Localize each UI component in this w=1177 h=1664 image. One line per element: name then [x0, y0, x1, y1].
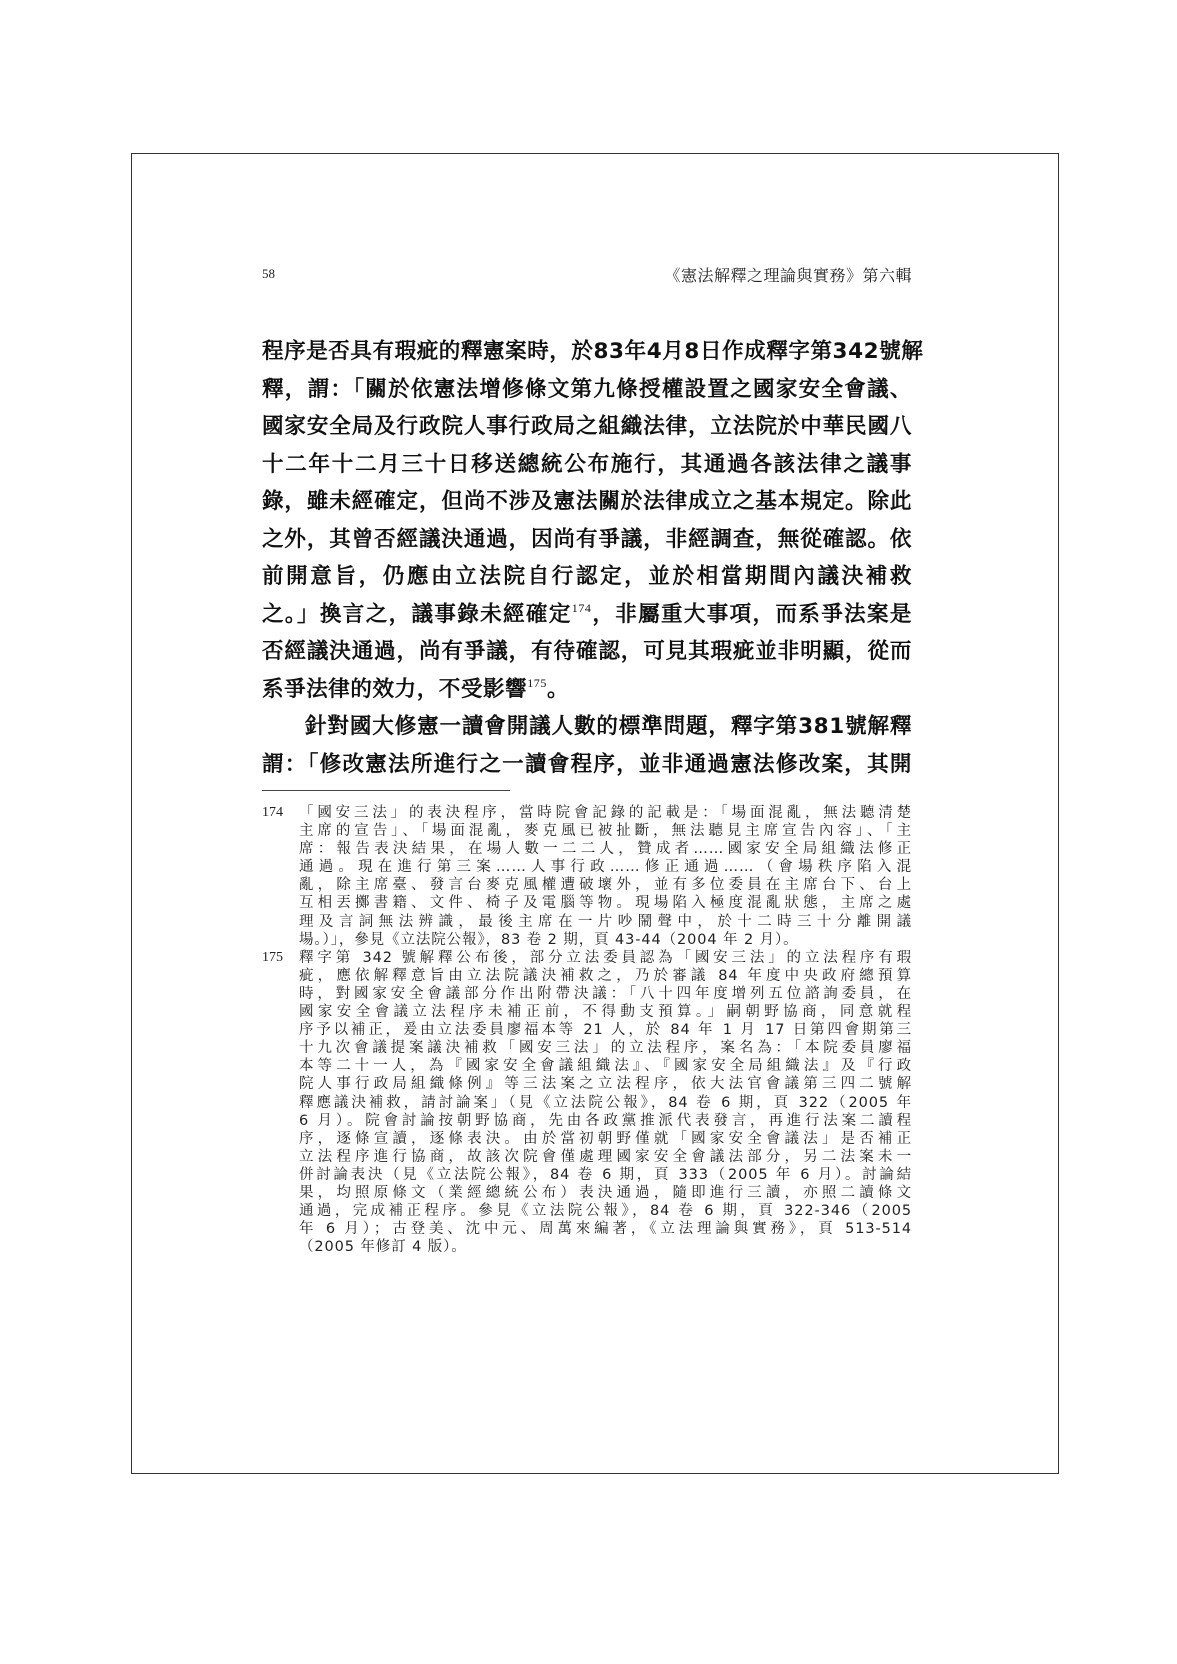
footnote-ref-175[interactable]: 175 [527, 676, 547, 690]
footnote-separator [262, 790, 510, 791]
footnote-line: 互相丟擲書籍、文件、椅子及電腦等物。現場陷入極度混亂狀態，主席之處 [299, 894, 912, 912]
footnote-line: 疵，應依解釋意旨由立法院議決補救之，乃於審議 84 年度中央政府總預算 [299, 967, 912, 985]
footnote-line: 立法程序進行協商，故該次院會僅處理國家安全會議法部分，另二法案未一 [299, 1148, 912, 1166]
footnote-number: 174 [262, 804, 283, 822]
footnote-line: 序，逐條宣讀，逐條表決。由於當初朝野僅就「國家安全會議法」是否補正 [299, 1130, 912, 1148]
body-line: 謂：「修改憲法所進行之一讀會程序，並非通過憲法修改案，其開 [262, 746, 912, 784]
footnote-line: 果，均照原條文（業經總統公布）表決通過，隨即進行三讀，亦照二讀條文 [299, 1184, 912, 1202]
body-line: 國家安全局及行政院人事行政局之組織法律，立法院於中華民國八 [262, 408, 912, 446]
footnote-line: 通過，完成補正程序。參見《立法院公報》，84 卷 6 期，頁 322-346（2… [299, 1202, 912, 1220]
footnote-line: 國家安全會議立法程序未補正前，不得動支預算。」嗣朝野協商，同意就程 [299, 1003, 912, 1021]
body-text: 程序是否具有瑕疵的釋憲案時，於83年4月8日作成釋字第342號解 釋，謂：「關於… [262, 333, 912, 783]
body-text-segment: 。 [547, 677, 569, 702]
footnote-line: 「國安三法」的表決程序，當時院會記錄的記載是：「場面混亂，無法聽清楚 [299, 804, 912, 822]
body-line: 釋，謂：「關於依憲法增修條文第九條授權設置之國家安全會議、 [262, 371, 912, 409]
body-text-segment: 系爭法律的效力，不受影響 [262, 677, 527, 702]
footnote-line: 併討論表決（見《立法院公報》，84 卷 6 期，頁 333（2005 年 6 月… [299, 1166, 912, 1184]
footnote-line: 序予以補正，爰由立法委員廖福本等 21 人，於 84 年 1 月 17 日第四會… [299, 1021, 912, 1039]
page-number: 58 [262, 266, 275, 282]
body-line: 錄，雖未經確定，但尚不涉及憲法關於法律成立之基本規定。除此 [262, 483, 912, 521]
footnote-175: 175 釋字第 342 號解釋公布後，部分立法委員認為「國安三法」的立法程序有瑕… [262, 949, 912, 1257]
footnote-line: 年 6 月）；古登美、沈中元、周萬來編著，《立法理論與實務》，頁 513-514 [299, 1220, 912, 1238]
running-head: 《憲法解釋之理論與實務》第六輯 [664, 263, 912, 286]
footnote-line: 亂，除主席臺、發言台麥克風權遭破壞外，並有多位委員在主席台下、台上 [299, 876, 912, 894]
body-line-with-footnote-ref: 系爭法律的效力，不受影響175。 [262, 671, 912, 709]
footnote-line: 本等二十一人，為『國家安全會議組織法』、『國家安全局組織法』及『行政 [299, 1057, 912, 1075]
body-text-segment: 之。」換言之，議事錄未經確定 [262, 602, 572, 627]
body-line: 針對國大修憲一讀會開議人數的標準問題，釋字第381號解釋 [262, 708, 912, 746]
footnote-174: 174 「國安三法」的表決程序，當時院會記錄的記載是：「場面混亂，無法聽清楚 主… [262, 804, 912, 949]
body-line: 前開意旨，仍應由立法院自行認定，並於相當期間內議決補救 [262, 558, 912, 596]
footnote-number: 175 [262, 949, 283, 967]
footnote-line: 釋應議決補救，請討論案」（見《立法院公報》，84 卷 6 期，頁 322（200… [299, 1094, 912, 1112]
footnote-line: 釋字第 342 號解釋公布後，部分立法委員認為「國安三法」的立法程序有瑕 [299, 949, 912, 967]
body-line: 程序是否具有瑕疵的釋憲案時，於83年4月8日作成釋字第342號解 [262, 333, 912, 371]
footnote-line: 十九次會議提案議決補救「國安三法」的立法程序，案名為：「本院委員廖福 [299, 1039, 912, 1057]
body-line: 否經議決通過，尚有爭議，有待確認，可見其瑕疵並非明顯，從而 [262, 633, 912, 671]
footnote-line: 場。）」，參見《立法院公報》，83 卷 2 期，頁 43-44（2004 年 2… [299, 931, 912, 949]
footnote-line: （2005 年修訂 4 版）。 [299, 1238, 912, 1256]
footnotes: 174 「國安三法」的表決程序，當時院會記錄的記載是：「場面混亂，無法聽清楚 主… [262, 804, 912, 1256]
footnote-line: 理及言詞無法辨識，最後主席在一片吵鬧聲中，於十二時三十分離開議 [299, 913, 912, 931]
body-line: 之外，其曾否經議決通過，因尚有爭議，非經調查，無從確認。依 [262, 521, 912, 559]
footnote-line: 6 月）。院會討論按朝野協商，先由各政黨推派代表發言，再進行法案二讀程 [299, 1112, 912, 1130]
body-line-with-footnote-ref: 之。」換言之，議事錄未經確定174，非屬重大事項，而系爭法案是 [262, 596, 912, 634]
footnote-line: 席：報告表決結果，在場人數一二二人，贊成者……國家安全局組織法修正 [299, 840, 912, 858]
footnote-line: 院人事行政局組織條例』等三法案之立法程序，依大法官會議第三四二號解 [299, 1075, 912, 1093]
body-text-segment: ，非屬重大事項，而系爭法案是 [592, 602, 912, 627]
body-line: 十二年十二月三十日移送總統公布施行，其通過各該法律之議事 [262, 446, 912, 484]
footnote-line: 通過。現在進行第三案……人事行政……修正通過……（會場秩序陷入混 [299, 858, 912, 876]
footnote-ref-174[interactable]: 174 [572, 601, 592, 615]
footnote-line: 主席的宣告」、「場面混亂，麥克風已被扯斷，無法聽見主席宣告內容」、「主 [299, 822, 912, 840]
footnote-line: 時，對國家安全會議部分作出附帶決議：「八十四年度增列五位諮詢委員，在 [299, 985, 912, 1003]
